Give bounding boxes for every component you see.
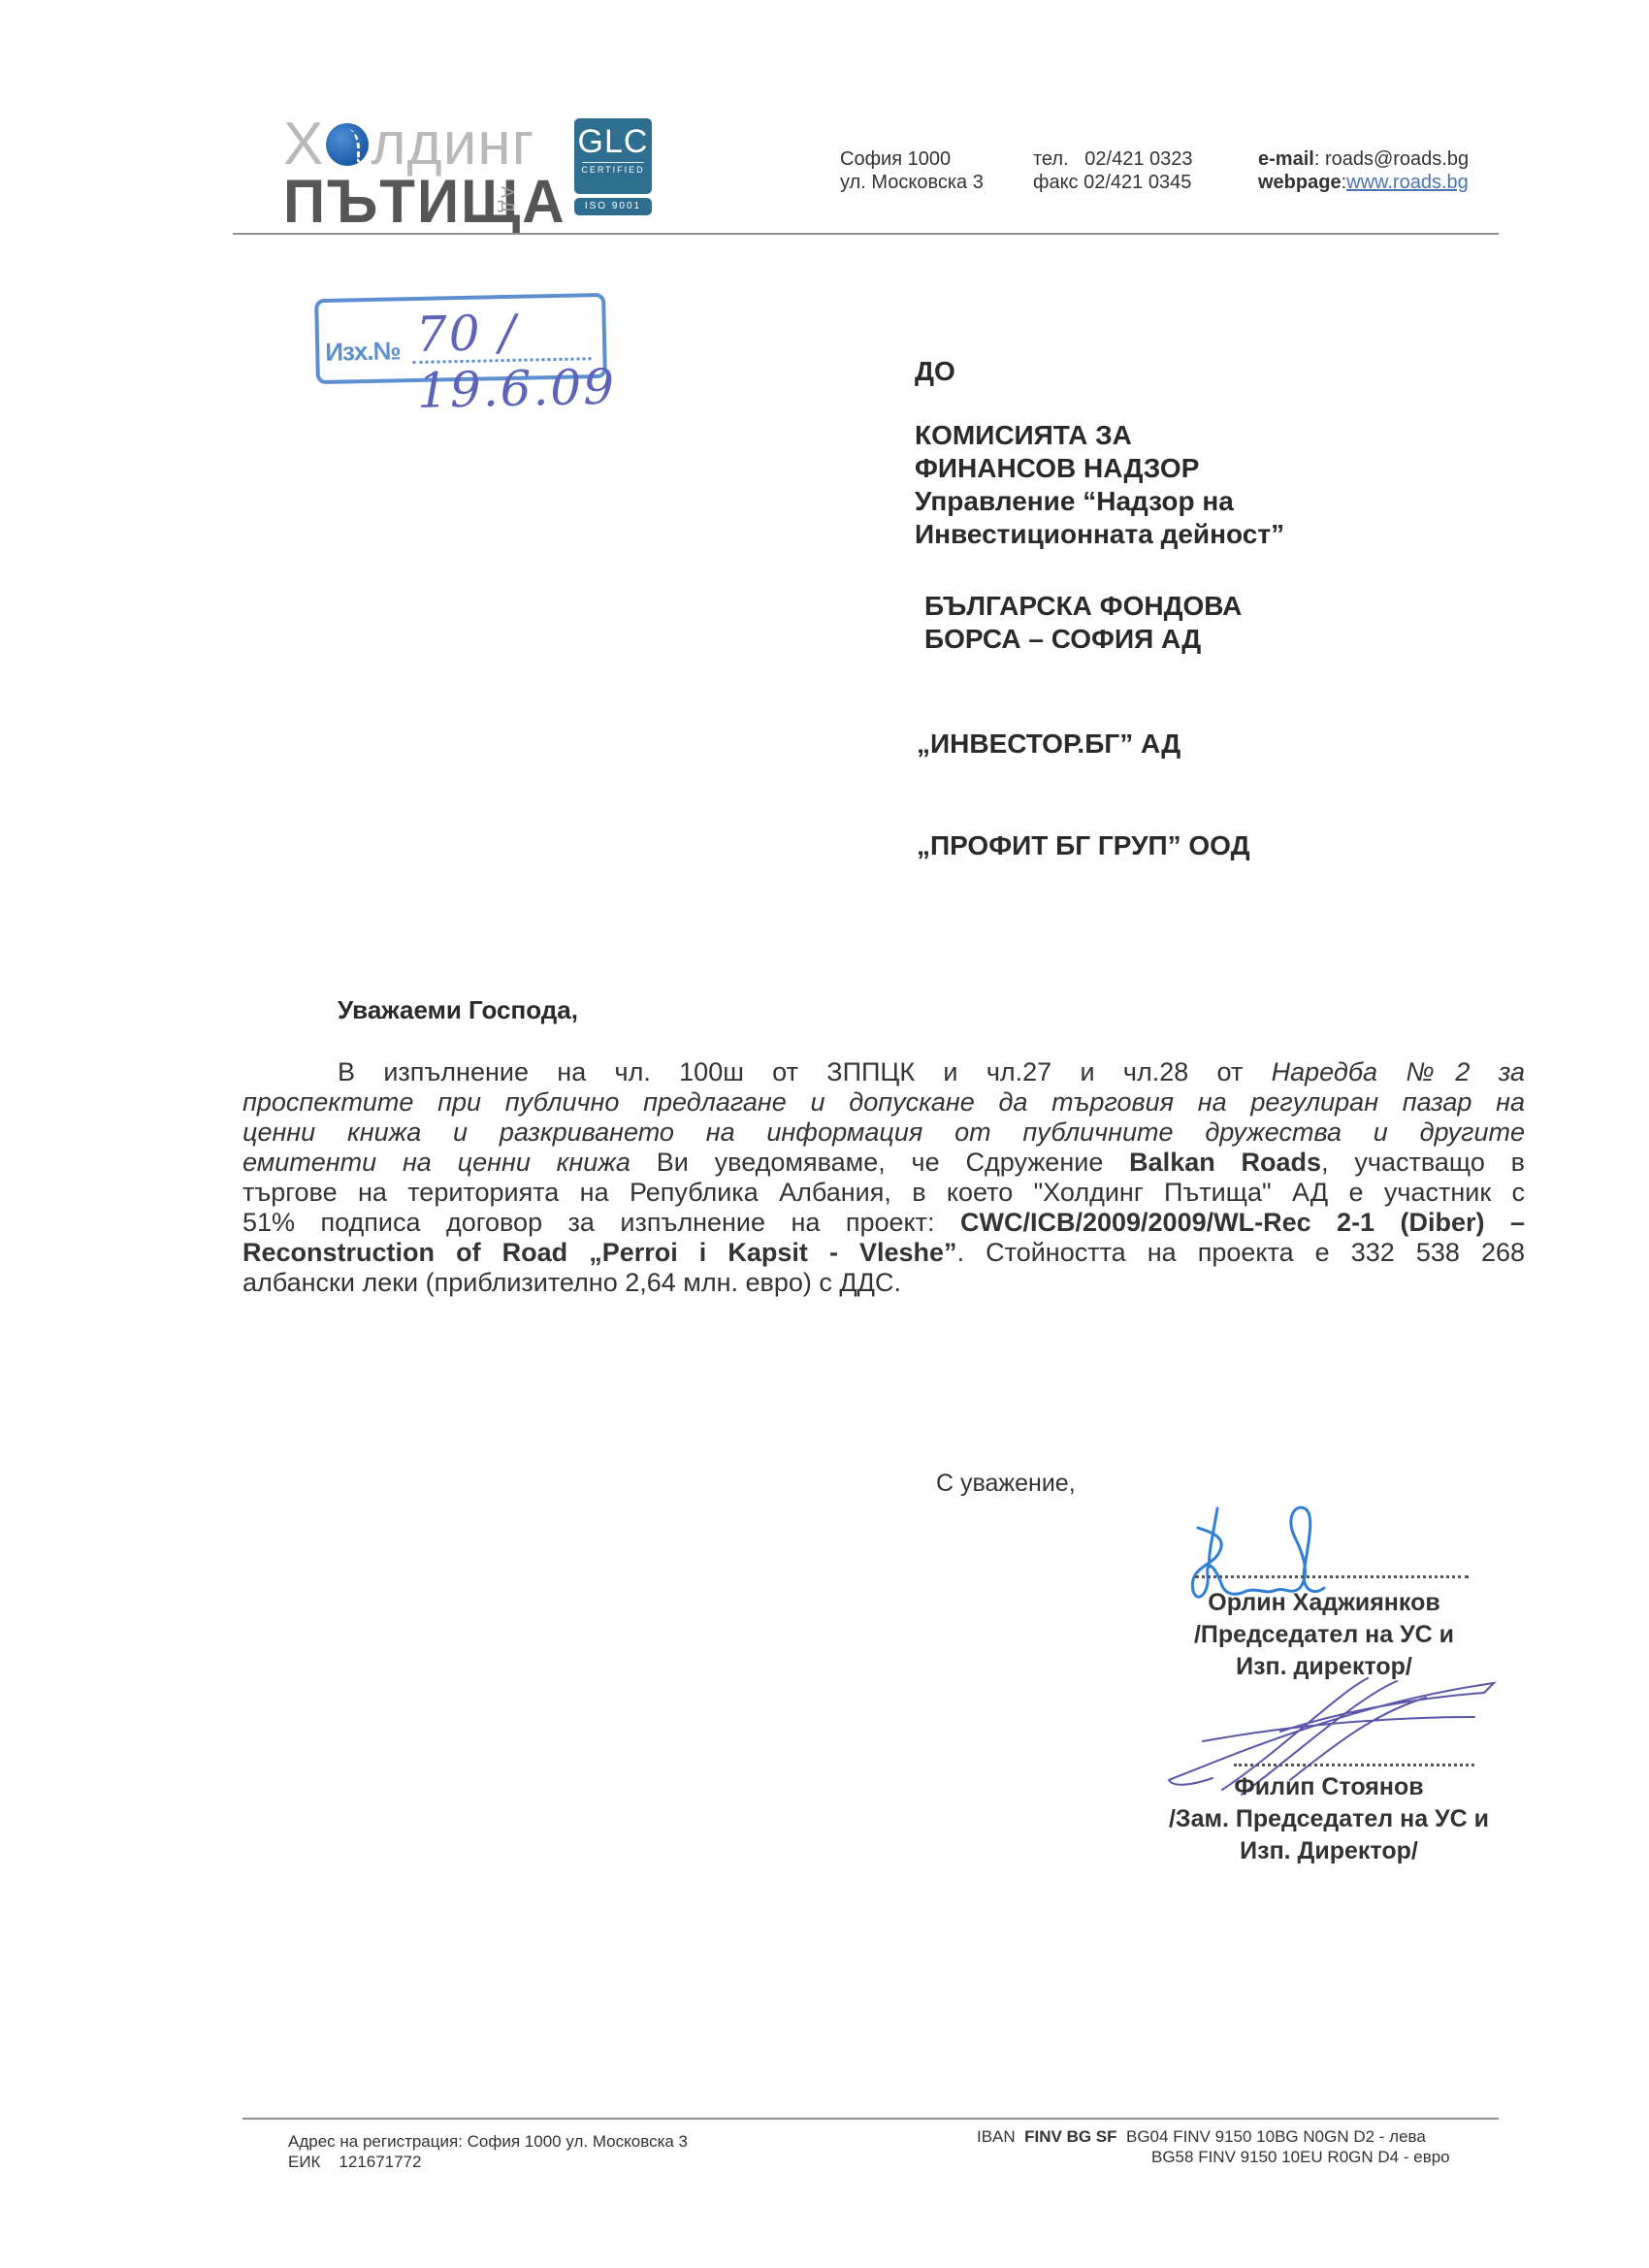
iban-line-1: IBAN FINV BG SF BG04 FINV 9150 10BG N0GN… — [977, 2126, 1450, 2147]
recipient-line: „ИНВЕСТОР.БГ” АД — [917, 728, 1180, 761]
body-line: емитенти на ценни книжа Ви уведомяваме, … — [242, 1148, 1525, 1178]
stamp-label: Изх.№ — [325, 336, 401, 368]
iban-eur: BG58 FINV 9150 10EU R0GN D4 — [1151, 2148, 1399, 2166]
glc-certification-badge: GLC CERTIFIED ISO 9001 — [574, 118, 652, 219]
registration-line: Адрес на регистрация: София 1000 ул. Мос… — [288, 2131, 688, 2152]
text: търгове на територията на Република Алба… — [242, 1178, 1525, 1207]
footer-bank: IBAN FINV BG SF BG04 FINV 9150 10BG N0GN… — [977, 2126, 1450, 2167]
header-phone-fax: тел. 02/421 0323 факс 02/421 0345 — [1033, 147, 1193, 194]
iban-line-2: BG58 FINV 9150 10EU R0GN D4 - евро — [977, 2147, 1450, 2167]
body-line: В изпълнение на чл. 100ш от ЗППЦК и чл.2… — [242, 1057, 1525, 1087]
footer-registration: Адрес на регистрация: София 1000 ул. Мос… — [288, 2131, 688, 2172]
header-contacts: e-mail: roads@roads.bg webpage:www.roads… — [1258, 147, 1469, 194]
recipient-bse: БЪЛГАРСКА ФОНДОВА БОРСА – СОФИЯ АД — [924, 590, 1242, 656]
bold-text: Reconstruction of Road „Perroi i Kapsit … — [242, 1238, 957, 1267]
italic-text: емитенти на ценни книжа — [242, 1148, 630, 1177]
salutation: Уважаеми Господа, — [338, 995, 578, 1025]
email-label: e-mail — [1258, 148, 1314, 170]
email-line: e-mail: roads@roads.bg — [1258, 147, 1469, 171]
italic-text: проспектите при публично предлагане и до… — [242, 1087, 1525, 1117]
iban-bgn: BG04 FINV 9150 10BG N0GN D2 — [1126, 2127, 1374, 2146]
body-line: ценни книжа и разкриването на информация… — [242, 1118, 1525, 1148]
signatory-2-title: Изп. Директор/ — [1125, 1835, 1533, 1867]
recipient-line: БОРСА – СОФИЯ АД — [924, 623, 1242, 656]
currency-eur: евро — [1413, 2148, 1449, 2166]
signatory-1-name: Орлин Хаджиянков — [1145, 1587, 1503, 1619]
address-line-1: София 1000 — [840, 147, 984, 171]
iso-standard-label: ISO 9001 — [574, 198, 652, 215]
eik-number: 121671772 — [339, 2153, 421, 2171]
web-line: webpage:www.roads.bg — [1258, 171, 1469, 194]
glc-certified-label: CERTIFIED — [574, 165, 652, 175]
glc-badge-box: GLC CERTIFIED — [574, 118, 652, 194]
iban-label: IBAN — [977, 2127, 1016, 2146]
stamp-date: 19.6.09 — [417, 359, 617, 419]
recipient-line: БЪЛГАРСКА ФОНДОВА — [924, 590, 1242, 623]
signatory-1-title: /Председател на УС и — [1145, 1619, 1503, 1651]
glc-brand: GLC — [574, 118, 652, 159]
italic-text: Наредба №2 за — [1272, 1057, 1525, 1086]
header-address: София 1000 ул. Московска 3 — [840, 147, 984, 194]
company-logo-top: Хлдинг — [283, 114, 534, 175]
address-line-2: ул. Московска 3 — [840, 171, 984, 194]
text: . Стойността на проекта е 332 538 268 — [957, 1238, 1525, 1267]
eik-label: ЕИК — [288, 2153, 320, 2171]
header-divider — [233, 233, 1499, 235]
recipient-line: ФИНАНСОВ НАДЗОР — [915, 452, 1284, 485]
body-line: Reconstruction of Road „Perroi i Kapsit … — [242, 1238, 1525, 1268]
eik-line: ЕИК 121671772 — [288, 2152, 688, 2172]
body-paragraph: В изпълнение на чл. 100ш от ЗППЦК и чл.2… — [242, 1057, 1525, 1298]
recipient-line: Управление “Надзор на — [915, 485, 1284, 518]
text: Ви уведомяваме, че Сдружение — [630, 1148, 1129, 1177]
italic-text: ценни книжа и разкриването на информация… — [242, 1118, 1525, 1147]
road-globe-icon — [326, 123, 369, 166]
registration-label: Адрес на регистрация: — [288, 2132, 463, 2151]
body-line: търгове на територията на Република Алба… — [242, 1178, 1525, 1208]
company-logo-suffix: АД — [497, 186, 517, 214]
text: В изпълнение на чл. 100ш от ЗППЦК и чл.2… — [338, 1057, 1272, 1086]
body-line: албански леки (приблизително 2,64 млн. е… — [242, 1268, 1525, 1298]
phone-number: 02/421 0323 — [1084, 148, 1192, 170]
stamp-handwritten-entry: 70 / 19.6.09 — [415, 303, 616, 419]
recipient-line: „ПРОФИТ БГ ГРУП” ООД — [917, 829, 1250, 862]
fax-label: факс — [1033, 172, 1079, 193]
website-link[interactable]: www.roads.bg — [1346, 172, 1469, 193]
body-line: 51% подписа договор за изпълнение на про… — [242, 1208, 1525, 1238]
body-line: проспектите при публично предлагане и до… — [242, 1087, 1525, 1118]
outgoing-number-stamp: Изх.№ 70 / 19.6.09 — [314, 293, 607, 384]
bank-code: FINV BG SF — [1024, 2127, 1116, 2146]
signatory-2-title: /Зам. Председател на УС и — [1125, 1803, 1533, 1835]
signatory-2-name: Филип Стоянов — [1125, 1771, 1533, 1803]
recipient-line: КОМИСИЯТА ЗА — [915, 419, 1284, 452]
footer-divider — [242, 2118, 1499, 2120]
signature-2-line — [1234, 1764, 1474, 1766]
signatory-1: Орлин Хаджиянков /Председател на УС и Из… — [1145, 1587, 1503, 1683]
closing: С уважение, — [936, 1470, 1076, 1498]
stamp-number: 70 — [415, 306, 482, 363]
recipient-investor-bg: „ИНВЕСТОР.БГ” АД — [917, 728, 1180, 761]
phone-line: тел. 02/421 0323 — [1033, 147, 1193, 171]
signatory-2: Филип Стоянов /Зам. Председател на УС и … — [1125, 1771, 1533, 1867]
to-label: ДО — [915, 355, 955, 388]
company-logo-bottom: ПЪТИЩА — [283, 172, 566, 233]
glc-divider — [582, 162, 644, 163]
signature-1-line — [1195, 1575, 1469, 1578]
recipient-profit-bg: „ПРОФИТ БГ ГРУП” ООД — [917, 829, 1250, 862]
registration-address: София 1000 ул. Московска 3 — [468, 2132, 688, 2151]
email-link[interactable]: roads@roads.bg — [1325, 148, 1469, 170]
recipient-fsc: КОМИСИЯТА ЗА ФИНАНСОВ НАДЗОР Управление … — [915, 419, 1284, 551]
currency-bgn: лева — [1389, 2127, 1426, 2146]
fax-number: 02/421 0345 — [1083, 172, 1191, 193]
phone-label: тел. — [1033, 148, 1069, 170]
recipient-line: Инвестиционната дейност” — [915, 518, 1284, 551]
text: албански леки (приблизително 2,64 млн. е… — [242, 1268, 901, 1297]
bold-text: Balkan Roads — [1129, 1148, 1321, 1177]
web-label: webpage — [1258, 172, 1342, 193]
text: , участващо в — [1321, 1148, 1525, 1177]
fax-line: факс 02/421 0345 — [1033, 171, 1193, 194]
bold-text: CWC/ICB/2009/2009/WL-Rec 2-1 (Diber) – — [960, 1208, 1525, 1237]
text: 51% подписа договор за изпълнение на про… — [242, 1208, 960, 1237]
